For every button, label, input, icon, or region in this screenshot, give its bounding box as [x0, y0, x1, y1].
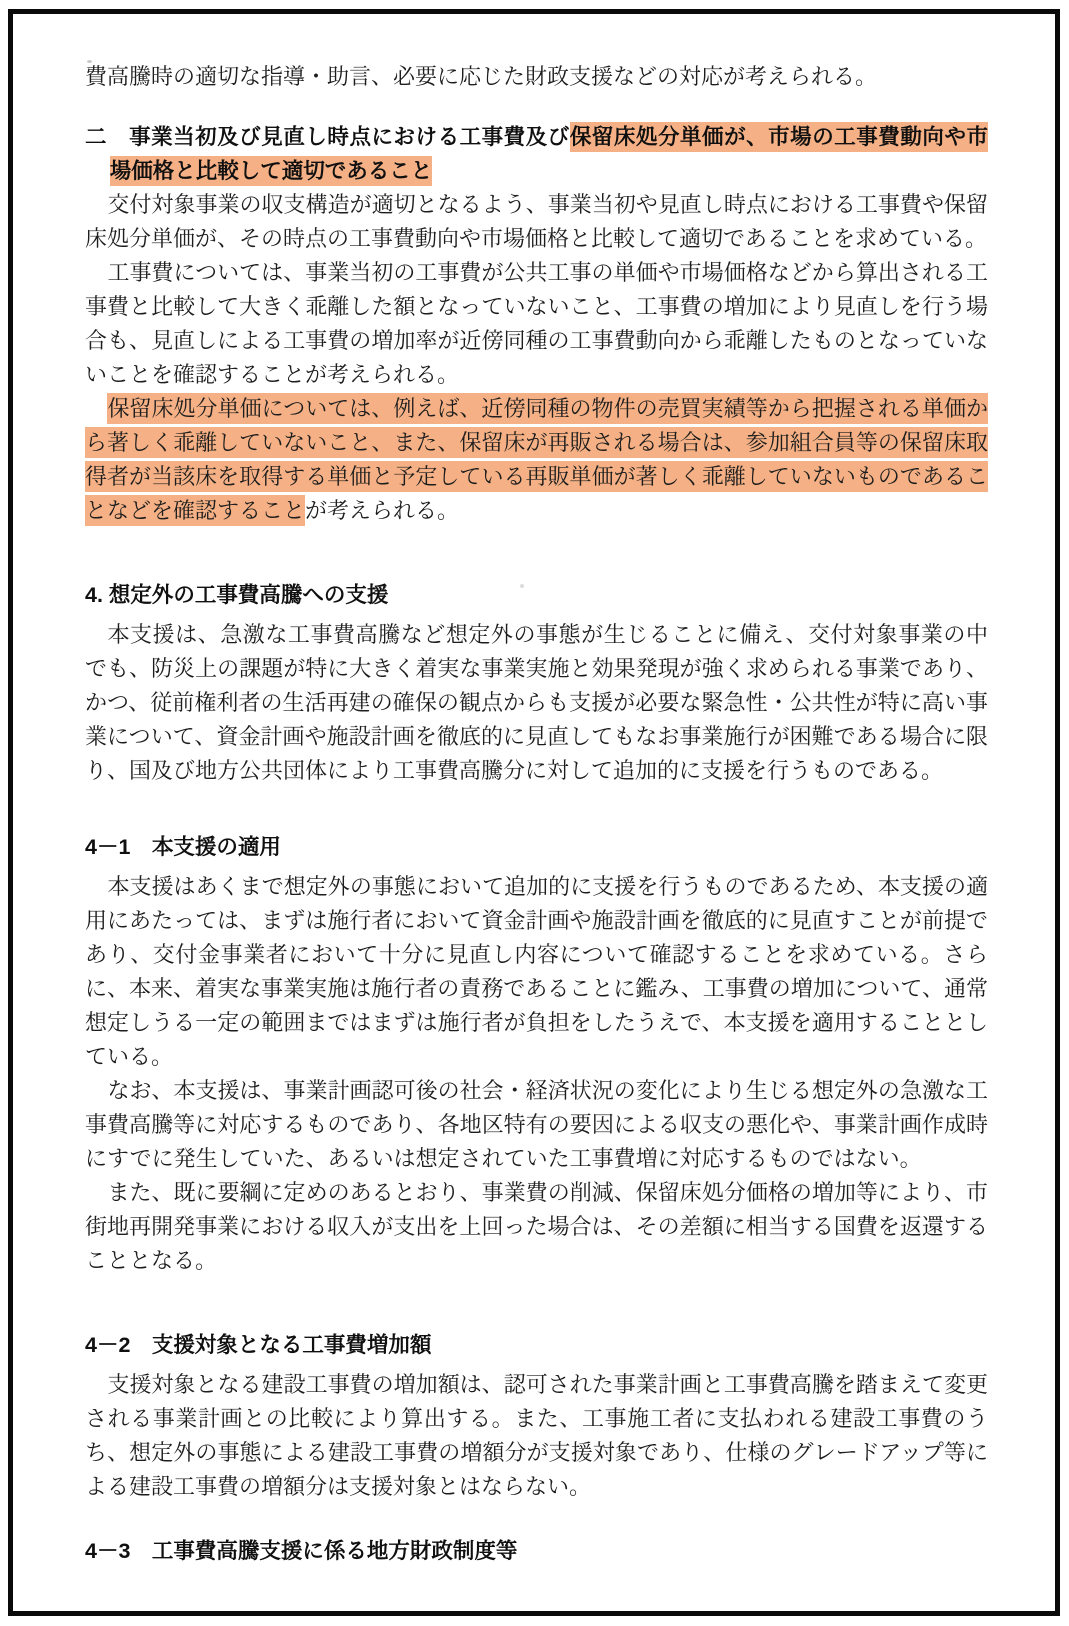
paragraph: 本支援は、急激な工事費高騰など想定外の事態が生じることに備え、交付対象事業の中で… — [85, 618, 988, 788]
text-run: 交付対象事業の収支構造が適切となるよう、事業当初や見直し時点における工事費や保留… — [85, 192, 988, 251]
text-run: 二 事業当初及び見直し時点における工事費及び — [85, 125, 570, 149]
scan-speck — [87, 60, 92, 63]
text-run: 支援対象となる建設工事費の増加額は、認可された事業計画と工事費高騰を踏まえて変更… — [85, 1372, 988, 1499]
paragraph: また、既に要綱に定めのあるとおり、事業費の削減、保留床処分価格の増加等により、市… — [85, 1176, 988, 1278]
text-run: 工事費については、事業当初の工事費が公共工事の単価や市場価格などから算出される工… — [85, 260, 988, 387]
scan-speck — [520, 584, 524, 588]
section-heading: 4. 想定外の工事費高騰への支援 — [85, 578, 988, 612]
text-run: 本支援はあくまで想定外の事態において追加的に支援を行うものであるため、本支援の適… — [85, 874, 988, 1069]
text-run: 4. 想定外の工事費高騰への支援 — [85, 583, 388, 607]
paragraph: 交付対象事業の収支構造が適切となるよう、事業当初や見直し時点における工事費や保留… — [85, 188, 988, 256]
scanned-page: 費高騰時の適切な指導・助言、必要に応じた財政支援などの対応が考えられる。二 事業… — [0, 0, 1069, 1626]
text-run: 4－1 本支援の適用 — [85, 835, 281, 859]
text-run: が考えられる。 — [305, 498, 459, 523]
text-run: また、既に要綱に定めのあるとおり、事業費の削減、保留床処分価格の増加等により、市… — [85, 1180, 988, 1273]
section-heading: 4－1 本支援の適用 — [85, 830, 988, 864]
sub-heading: 二 事業当初及び見直し時点における工事費及び保留床処分単価が、市場の工事費動向や… — [85, 120, 988, 188]
text-run: 費高騰時の適切な指導・助言、必要に応じた財政支援などの対応が考えられる。 — [85, 64, 877, 89]
page-border-frame: 費高騰時の適切な指導・助言、必要に応じた財政支援などの対応が考えられる。二 事業… — [8, 9, 1060, 1616]
paragraph: 本支援はあくまで想定外の事態において追加的に支援を行うものであるため、本支援の適… — [85, 870, 988, 1074]
text-run: 本支援は、急激な工事費高騰など想定外の事態が生じることに備え、交付対象事業の中で… — [85, 622, 988, 783]
text-run: 4－3 工事費高騰支援に係る地方財政制度等 — [85, 1539, 517, 1563]
paragraph: 保留床処分単価については、例えば、近傍同種の物件の売買実績等から把握される単価か… — [85, 392, 988, 528]
text-run: 4－2 支援対象となる工事費増加額 — [85, 1333, 431, 1357]
paragraph: なお、本支援は、事業計画認可後の社会・経済状況の変化により生じる想定外の急激な工… — [85, 1074, 988, 1176]
paragraph: 支援対象となる建設工事費の増加額は、認可された事業計画と工事費高騰を踏まえて変更… — [85, 1368, 988, 1504]
section-heading: 4－3 工事費高騰支援に係る地方財政制度等 — [85, 1534, 988, 1568]
paragraph: 工事費については、事業当初の工事費が公共工事の単価や市場価格などから算出される工… — [85, 256, 988, 392]
highlighted-text: 保留床処分単価については、例えば、近傍同種の物件の売買実績等から把握される単価か… — [85, 393, 988, 526]
section-heading: 4－2 支援対象となる工事費増加額 — [85, 1328, 988, 1362]
text-run: なお、本支援は、事業計画認可後の社会・経済状況の変化により生じる想定外の急激な工… — [85, 1078, 988, 1171]
document-body: 費高騰時の適切な指導・助言、必要に応じた財政支援などの対応が考えられる。二 事業… — [13, 14, 1055, 1611]
paragraph-continuation: 費高騰時の適切な指導・助言、必要に応じた財政支援などの対応が考えられる。 — [85, 60, 988, 94]
